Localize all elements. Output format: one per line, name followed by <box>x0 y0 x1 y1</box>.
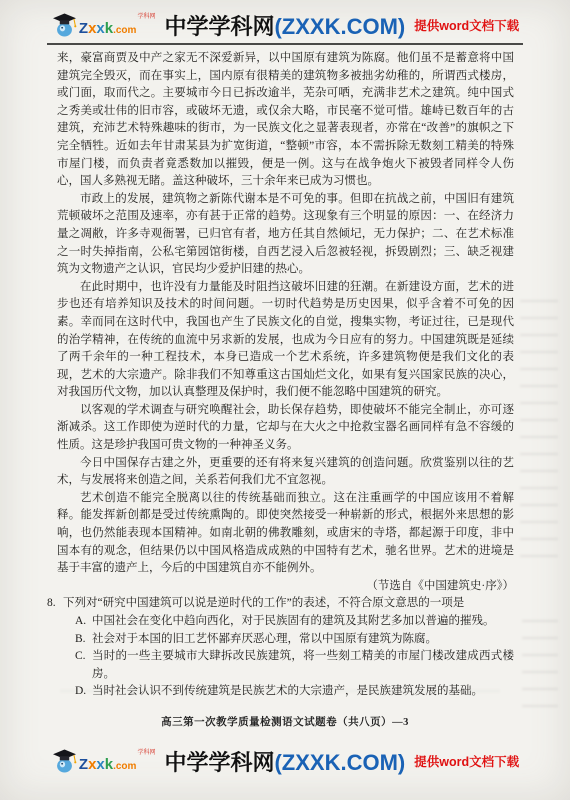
scanned-exam-page: Zxxk.com 学科网 中学学科网(ZXXK.COM) 提供word文档下载 … <box>0 0 570 800</box>
logo-subtext: 学科网 <box>137 14 155 21</box>
option-b-label: B. <box>75 631 92 649</box>
graduation-cap-mascot-icon <box>51 12 78 38</box>
site-title: 中学学科网(ZXXK.COM) <box>164 746 405 777</box>
option-a: A. 中国社会在变化中趋向西化，对于民族固有的建筑及其附艺多加以普遍的摧残。 <box>75 613 514 631</box>
option-d: D. 当时社会认识不到传统建筑是民族艺术的大宗遗产，是民族建筑发展的基础。 <box>75 683 514 701</box>
site-title: 中学学科网(ZXXK.COM) <box>164 10 405 41</box>
scan-bleed-artifact <box>522 620 558 710</box>
question-8: 8. 下列对“研究中国建筑可以说是逆时代的工作”的表述，不符合原文意思的一项是 … <box>47 595 514 701</box>
passage-paragraph: 来，豪富商贾及中产之家无不深爱新异，以中国原有建筑为陈腐。他们虽不是蓄意将中国建… <box>57 50 514 191</box>
passage-paragraph: 市政上的发展，建筑物之新陈代谢本是不可免的事。但即在抗战之前，中国旧有建筑荒顿破… <box>57 191 514 279</box>
graduation-cap-mascot-icon <box>51 748 78 774</box>
word-download-tagline[interactable]: 提供word文档下载 <box>414 752 519 770</box>
footer: Zxxk.com 学科网 中学学科网(ZXXK.COM) 提供word文档下载 <box>0 742 570 780</box>
exam-page-label: 高三第一次教学质量检测语文试题卷（共八页）—3 <box>0 714 570 729</box>
scan-bleed-artifact <box>520 300 558 560</box>
question-stem-text: 下列对“研究中国建筑可以说是逆时代的工作”的表述，不符合原文意思的一项是 <box>63 595 514 613</box>
question-options: A. 中国社会在变化中趋向西化，对于民族固有的建筑及其附艺多加以普遍的摧残。 B… <box>47 613 514 701</box>
passage-paragraph: 艺术创造不能完全脱离以往的传统基础而独立。这在注重画学的中国应该用不着解释。能发… <box>57 490 514 578</box>
option-b-text: 社会对于本国的旧工艺怀鄙弃厌恶心理，常以中国原有建筑为陈腐。 <box>92 631 514 649</box>
question-stem: 8. 下列对“研究中国建筑可以说是逆时代的工作”的表述，不符合原文意思的一项是 <box>47 595 514 613</box>
site-domain: (ZXXK.COM) <box>274 14 405 39</box>
question-number: 8. <box>47 595 63 613</box>
option-c-label: C. <box>75 648 92 683</box>
source-attribution: （节选自《中国建筑史·序》） <box>57 578 514 596</box>
header-divider <box>47 43 523 45</box>
option-b: B. 社会对于本国的旧工艺怀鄙弃厌恶心理，常以中国原有建筑为陈腐。 <box>75 631 514 649</box>
site-name: 中学学科网 <box>164 750 274 775</box>
passage-paragraph: 以客观的学术调查与研究唤醒社会，助长保存趋势，即使破坏不能完全制止，亦可逐渐减杀… <box>57 402 514 455</box>
passage-paragraph: 今日中国保存古建之外，更重要的还有将来复兴建筑的创造问题。欣赏鉴别以往的艺术，与… <box>57 455 514 490</box>
option-c-text: 当时的一些主要城市大肆拆改民族建筑，将一些刻工精美的市屋门楼改建成西式楼房。 <box>92 648 514 683</box>
option-d-label: D. <box>75 683 92 701</box>
zxxk-logo: Zxxk.com 学科网 <box>51 748 156 774</box>
exam-text-column: 来，豪富商贾及中产之家无不深爱新异，以中国原有建筑为陈腐。他们虽不是蓄意将中国建… <box>57 50 514 701</box>
word-download-tagline[interactable]: 提供word文档下载 <box>414 16 519 34</box>
logo-wordmark: Zxxk.com <box>79 21 137 38</box>
site-name: 中学学科网 <box>164 14 274 39</box>
logo-subtext: 学科网 <box>137 750 155 757</box>
logo-wordmark: Zxxk.com <box>79 757 137 774</box>
site-domain: (ZXXK.COM) <box>274 750 405 775</box>
option-a-label: A. <box>75 613 92 631</box>
option-a-text: 中国社会在变化中趋向西化，对于民族固有的建筑及其附艺多加以普遍的摧残。 <box>92 613 514 631</box>
zxxk-logo: Zxxk.com 学科网 <box>51 12 156 38</box>
option-c: C. 当时的一些主要城市大肆拆改民族建筑，将一些刻工精美的市屋门楼改建成西式楼房… <box>75 648 514 683</box>
header: Zxxk.com 学科网 中学学科网(ZXXK.COM) 提供word文档下载 <box>0 6 570 44</box>
passage-paragraph: 在此时期中，也许没有力量能及时阻挡这破坏旧建的狂潮。在新建设方面，艺术的进步也还… <box>57 279 514 402</box>
option-d-text: 当时社会认识不到传统建筑是民族艺术的大宗遗产，是民族建筑发展的基础。 <box>92 683 514 701</box>
